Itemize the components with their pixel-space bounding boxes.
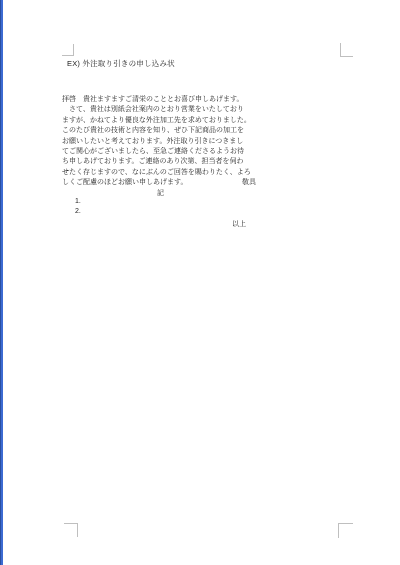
letter-body-line: さて、貴社は別紙会社案内のとおり営業をいたしており — [62, 105, 312, 115]
letter-closing: 敬具 — [242, 178, 256, 188]
text-boundary-mark-bottom-right — [338, 523, 353, 538]
record-heading: 記 — [157, 188, 164, 198]
letter-body-line: てご関心がございましたら、至急ご連絡くださるようお待 — [62, 147, 312, 157]
document-title: EX) 外注取り引きの申し込み状 — [67, 58, 175, 69]
list-item: 2. — [75, 208, 81, 215]
text-boundary-mark-top-right — [340, 43, 353, 57]
letter-body-line: ち申しあげております。ご連絡のあり次第、担当者を伺わ — [62, 157, 312, 167]
letter-body-line: お願いしたいと考えております。外注取り引きにつきまし — [62, 137, 312, 147]
letter-end-marker: 以上 — [232, 219, 246, 229]
letter-body: 拝啓 貴社ますますご清栄のこととお喜び申しあげます。 さて、貴社は別紙会社案内の… — [62, 95, 312, 189]
list-item: 1. — [75, 198, 81, 205]
text-boundary-mark-bottom-left — [64, 523, 78, 537]
letter-body-line: ますが、かねてより優良な外注加工先を求めておりました。 — [62, 116, 312, 126]
letter-body-line: しくご配慮のほどお願い申しあげます。 — [62, 179, 187, 186]
text-boundary-mark-top-left — [62, 44, 74, 56]
letter-body-line: せたく存じますので、なにぶんのご回答を賜わりたく、よろ — [62, 168, 312, 178]
window-left-edge — [0, 0, 3, 565]
document-page[interactable]: EX) 外注取り引きの申し込み状 拝啓 貴社ますますご清栄のこととお喜び申しあげ… — [0, 0, 400, 565]
letter-body-line: このたび貴社の技術と内容を知り、ぜひ下記商品の加工を — [62, 126, 312, 136]
letter-body-line: 拝啓 貴社ますますご清栄のこととお喜び申しあげます。 — [62, 95, 312, 105]
letter-body-last-line: しくご配慮のほどお願い申しあげます。 敬具 — [62, 178, 312, 188]
